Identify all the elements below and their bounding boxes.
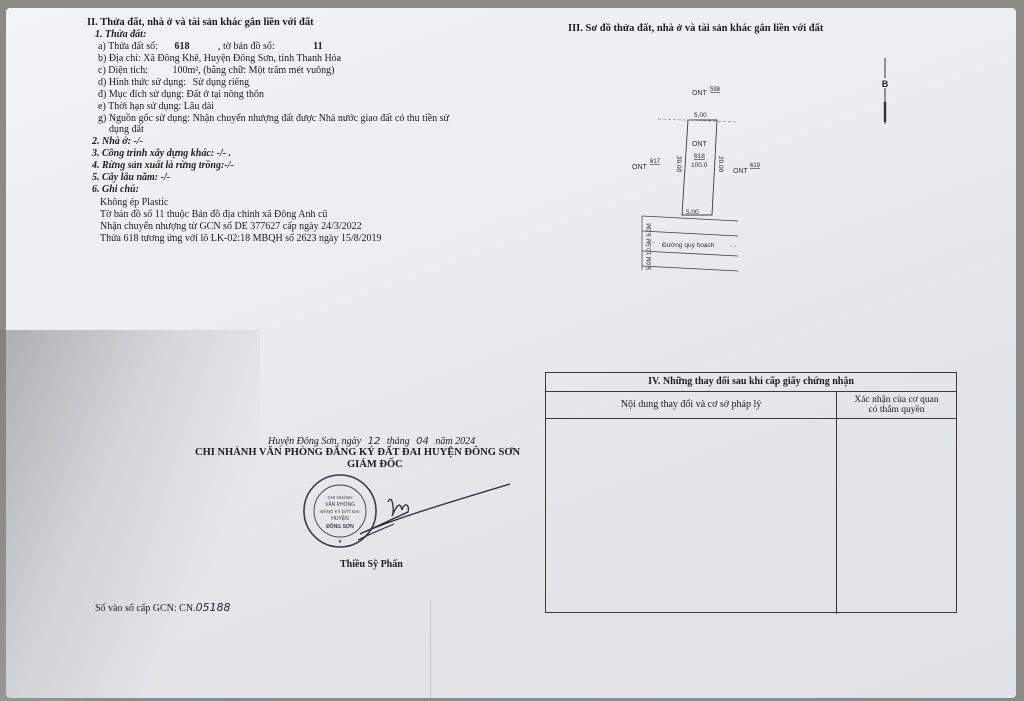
note-line: Nhận chuyển nhượng từ GCN số DE 377627 c… xyxy=(100,221,362,232)
road-label: Đường quy hoạch xyxy=(662,242,715,249)
production-forest: 4. Rừng sản xuất là rừng trồng:-/- xyxy=(92,160,234,171)
signer-name: Thiều Sỹ Phấn xyxy=(340,559,403,570)
parcel-type: ONT xyxy=(692,141,708,148)
land-heading: 1. Thửa đất: xyxy=(95,29,146,40)
term-label: e) Thời hạn sử dụng: xyxy=(98,101,181,112)
signer-role: GIÁM ĐỐC xyxy=(347,459,403,470)
north-neighbor-label: ONT xyxy=(692,90,708,97)
svg-text:B: B xyxy=(882,79,889,89)
parcel-label: a) Thửa đất số: xyxy=(98,41,158,52)
area-value: 100m², (bằng chữ: Một trăm mét vuông) xyxy=(172,65,334,76)
term-value: Lâu dài xyxy=(184,101,214,112)
origin-row: g) Nguồn gốc sử dụng: Nhận chuyển nhượng… xyxy=(98,113,449,124)
parcel-area: 100.0 xyxy=(691,162,708,169)
address-label: b) Địa chỉ: xyxy=(98,53,141,64)
left-length: 20.00 xyxy=(675,156,682,173)
changes-content-cell xyxy=(546,419,837,614)
east-neighbor-label: ONT xyxy=(733,168,749,175)
usage-form-label: d) Hình thức sử dụng: xyxy=(98,77,186,88)
north-arrow-icon: B xyxy=(880,58,890,124)
note-line: Thửa 618 tương ứng với lô LK-02:18 MBQH … xyxy=(100,233,382,244)
svg-text:VĂN PHÒNG: VĂN PHÒNG xyxy=(325,501,355,508)
map-sheet-label: , tờ bản đồ số: xyxy=(218,41,275,52)
date-day: 12 xyxy=(368,436,381,447)
road-dims: 5.0M 10.5M 5.0M xyxy=(647,223,653,270)
place-date-prefix: Huyện Đông Sơn, ngày xyxy=(268,436,361,447)
gcn-register-label: Số vào sổ cấp GCN: CN. xyxy=(95,603,196,614)
term-row: e) Thời hạn sử dụng: Lâu dài xyxy=(98,101,214,112)
notes-heading: 6. Ghi chú: xyxy=(92,184,139,195)
address-value: Xã Đông Khê, Huyện Đông Sơn, tỉnh Thanh … xyxy=(143,53,341,64)
signature-stroke xyxy=(360,484,510,534)
svg-text:★: ★ xyxy=(338,539,343,545)
col2-line2: có thẩm quyền xyxy=(837,405,956,415)
parcel-diagram: ONT 598 5.00 ONT 618 100.0 ONT 617 ONT 6… xyxy=(620,80,760,280)
svg-text:598: 598 xyxy=(710,87,721,93)
col2-line1: Xác nhận của cơ quan xyxy=(837,395,956,405)
bottom-width: 5.00 xyxy=(686,209,699,216)
svg-text:CHI NHÁNH: CHI NHÁNH xyxy=(327,494,352,500)
changes-table-title: IV. Những thay đổi sau khi cấp giấy chứn… xyxy=(546,373,956,392)
changes-table: IV. Những thay đổi sau khi cấp giấy chứn… xyxy=(545,372,957,613)
svg-text:HUYỆN: HUYỆN xyxy=(331,514,349,522)
parcel-row: a) Thửa đất số: 618 , tờ bản đồ số: 11 xyxy=(98,41,323,52)
svg-text:ĐÔNG SƠN: ĐÔNG SƠN xyxy=(326,522,354,530)
column-content: Nội dung thay đổi và cơ sở pháp lý xyxy=(546,392,837,418)
date-month: 04 xyxy=(416,436,429,447)
usage-form-value: Sử dụng riêng xyxy=(193,77,250,88)
issuing-organization: CHI NHÁNH VĂN PHÒNG ĐĂNG KÝ ĐẤT ĐAI HUYỆ… xyxy=(195,447,520,458)
map-sheet-number: 11 xyxy=(313,41,322,52)
gcn-register-number: 05188 xyxy=(196,601,231,614)
area-row: c) Diện tích: 100m², (bằng chữ: Một trăm… xyxy=(98,65,335,76)
origin-line2: dụng đất xyxy=(109,124,144,135)
changes-table-header: Nội dung thay đổi và cơ sở pháp lý Xác n… xyxy=(546,392,956,419)
other-construction: 3. Công trình xây dựng khác: -/- . xyxy=(92,148,231,159)
note-line: Tờ bản đồ số 11 thuộc Bản đồ địa chính x… xyxy=(100,209,327,220)
place-date: Huyện Đông Sơn, ngày 12 tháng 04 năm 202… xyxy=(268,436,475,447)
date-year: năm 2024 xyxy=(435,436,475,447)
purpose-label: đ) Mục đích sử dụng: xyxy=(98,89,184,100)
address-row: b) Địa chỉ: Xã Đông Khê, Huyện Đông Sơn,… xyxy=(98,53,341,64)
parcel-number-label: 618 xyxy=(694,153,705,160)
page-fold xyxy=(430,600,431,701)
gcn-register: Số vào sổ cấp GCN: CN.05188 xyxy=(95,601,231,614)
origin-value: Nhận chuyển nhượng đất được Nhà nước gia… xyxy=(193,113,449,124)
parcel-number: 618 xyxy=(174,41,189,52)
purpose-row: đ) Mục đích sử dụng: Đất ở tại nông thôn xyxy=(98,89,264,100)
note-line: Không ép Plastic xyxy=(100,197,168,208)
section2-title: II. Thửa đất, nhà ở và tài sản khác gắn … xyxy=(87,17,314,28)
section3-title: III. Sơ đồ thửa đất, nhà ở và tài sản kh… xyxy=(568,23,823,34)
purpose-value: Đất ở tại nông thôn xyxy=(186,89,264,100)
perennial-trees: 5. Cây lâu năm: -/- xyxy=(92,172,170,183)
usage-form-row: d) Hình thức sử dụng: Sử dụng riêng xyxy=(98,77,249,88)
month-label: tháng xyxy=(387,436,410,447)
svg-text:619: 619 xyxy=(750,163,760,169)
svg-text:ĐĂNG KÝ ĐẤT ĐAI: ĐĂNG KÝ ĐẤT ĐAI xyxy=(320,508,359,514)
house: 2. Nhà ở: -/- xyxy=(92,136,143,147)
official-stamp-icon: CHI NHÁNH VĂN PHÒNG ĐĂNG KÝ ĐẤT ĐAI HUYỆ… xyxy=(300,472,520,554)
changes-confirmation-cell xyxy=(837,419,956,614)
west-neighbor-label: ONT xyxy=(632,164,648,171)
column-confirmation: Xác nhận của cơ quan có thẩm quyền xyxy=(837,392,956,418)
origin-label: g) Nguồn gốc sử dụng: xyxy=(98,113,190,124)
area-label: c) Diện tích: xyxy=(98,65,148,76)
changes-table-body xyxy=(546,419,956,614)
right-length: 20.00 xyxy=(717,156,724,173)
svg-text:617: 617 xyxy=(650,159,661,165)
top-width: 5.00 xyxy=(694,112,707,119)
